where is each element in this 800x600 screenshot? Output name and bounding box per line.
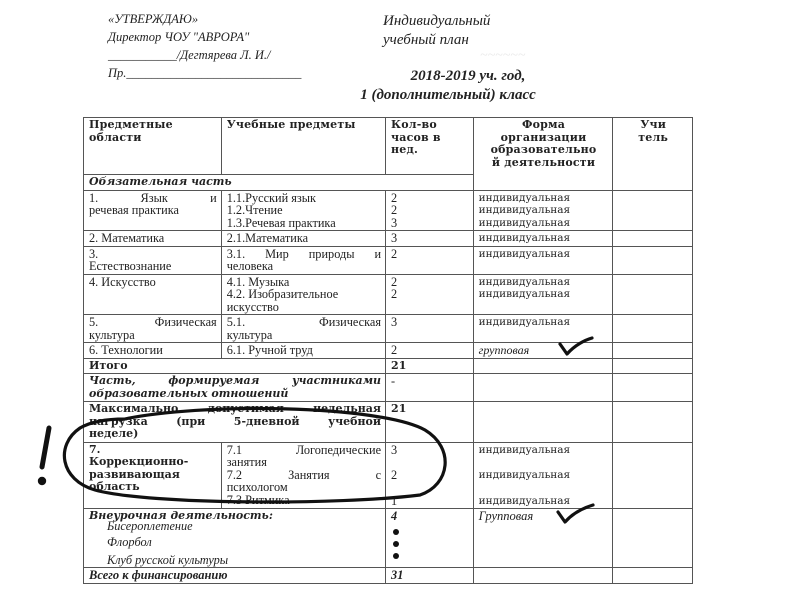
subjects-cell: 1.1.Русский язык 1.2.Чтение 1.3.Речевая … — [221, 190, 385, 231]
bullet-icon — [393, 529, 399, 535]
form-cell: Групповая — [473, 509, 613, 568]
faded-bleed-text: ~~~~~~ — [480, 48, 525, 64]
hours-value: 2 — [391, 276, 469, 289]
area-text: Естествознание — [89, 260, 217, 273]
teacher-cell — [613, 343, 693, 359]
subjects-cell: 6.1. Ручной труд — [221, 343, 385, 359]
teacher-cell — [613, 568, 693, 584]
form-cell — [473, 358, 613, 374]
hours-value: 3 — [391, 444, 469, 457]
form-cell: индивидуальная индивидуальная индивидуал… — [473, 190, 613, 231]
area-cell: 1. Язык и речевая практика — [84, 190, 222, 231]
director-line: Директор ЧОУ "АВРОРА" — [108, 28, 301, 46]
form-cell: индивидуальная — [473, 246, 613, 274]
bullet-icon — [393, 541, 399, 547]
grand-total-row: Всего к финансированию 31 — [84, 568, 693, 584]
header-text: Предметные — [89, 119, 217, 132]
subject-text: 1.2.Чтение — [227, 204, 381, 217]
document-title: Индивидуальный учебный план — [383, 12, 490, 50]
header-text: образовательно — [479, 144, 609, 157]
header-form: Форма организации образовательно й деяте… — [473, 118, 613, 191]
subjects-cell: 2.1.Математика — [221, 231, 385, 247]
hours-cell: 3 — [386, 315, 474, 343]
hours-cell: 2 — [386, 246, 474, 274]
extracurricular-label-cell: Внеурочная деятельность: Бисероплетение … — [84, 509, 386, 568]
subjects-cell: 4.1. Музыка 4.2. Изобразительное искусст… — [221, 274, 385, 315]
hours-cell: 2 2 3 — [386, 190, 474, 231]
header-subjects: Учебные предметы — [221, 118, 385, 175]
max-load-label: Максимально допустимая недельная нагрузк… — [84, 402, 386, 443]
area-cell: 2. Математика — [84, 231, 222, 247]
total-row: Итого 21 — [84, 358, 693, 374]
area-text: область — [89, 481, 217, 494]
area-cell: 7. Коррекционно- развивающая область — [84, 442, 222, 509]
header-hours: Кол-во часов в нед. — [386, 118, 474, 175]
title-line-2: учебный план — [383, 31, 490, 50]
hours-value: 2 — [391, 469, 469, 482]
teacher-cell — [613, 402, 693, 443]
area-text: речевая практика — [89, 204, 217, 217]
teacher-cell — [613, 274, 693, 315]
teacher-cell — [613, 231, 693, 247]
hours-value: 4 — [391, 510, 469, 523]
year-grade-block: 2018-2019 уч. год, 1 (дополнительный) кл… — [368, 67, 568, 105]
total-label: Итого — [84, 358, 386, 374]
teacher-cell — [613, 509, 693, 568]
table-row: 1. Язык и речевая практика 1.1.Русский я… — [84, 190, 693, 231]
hours-cell: 2 — [386, 343, 474, 359]
correctional-row: 7. Коррекционно- развивающая область 7.1… — [84, 442, 693, 509]
school-year: 2018-2019 уч. год, — [368, 67, 568, 86]
subject-text: 4.2. Изобразительное — [227, 288, 381, 301]
participants-part-row: Часть, формируемая участниками образоват… — [84, 374, 693, 402]
extracurricular-item: Клуб русской культуры — [89, 554, 381, 567]
header-text: Кол-во — [391, 119, 469, 132]
area-text: Коррекционно- — [89, 456, 217, 469]
teacher-cell — [613, 315, 693, 343]
header-text: тель — [618, 132, 688, 145]
max-load-row: Максимально допустимая недельная нагрузк… — [84, 402, 693, 443]
form-value: индивидуальная — [479, 444, 609, 457]
subject-text: психологом — [227, 481, 381, 494]
subject-text: искусство — [227, 301, 381, 314]
approval-label: «УТВЕРЖДАЮ» — [108, 10, 301, 28]
teacher-cell — [613, 190, 693, 231]
header-teacher: Учи тель — [613, 118, 693, 191]
subject-text: 7.3 Ритмика — [227, 494, 381, 507]
subject-text: занятия — [227, 456, 381, 469]
form-value: индивидуальная — [479, 469, 609, 482]
form-cell — [473, 402, 613, 443]
bullet-icon — [393, 553, 399, 559]
label-text: образовательных отношений — [89, 388, 381, 401]
hours-value: 1 — [391, 495, 469, 508]
area-cell: 5. Физическая культура — [84, 315, 222, 343]
subject-text: человека — [227, 260, 381, 273]
area-text: культура — [89, 329, 217, 342]
extracurricular-row: Внеурочная деятельность: Бисероплетение … — [84, 509, 693, 568]
teacher-cell — [613, 442, 693, 509]
form-cell — [473, 374, 613, 402]
area-cell: 4. Искусство — [84, 274, 222, 315]
order-line: Пр.____________________________ — [108, 64, 301, 82]
form-cell — [473, 568, 613, 584]
teacher-cell — [613, 374, 693, 402]
label-text: Максимально допустимая недельная — [89, 403, 381, 416]
table-row: 4. Искусство 4.1. Музыка 4.2. Изобразите… — [84, 274, 693, 315]
header-text: области — [89, 132, 217, 145]
form-cell: групповая — [473, 343, 613, 359]
form-cell: индивидуальная — [473, 315, 613, 343]
label-text: Часть, формируемая участниками — [89, 375, 381, 388]
max-load-hours: 21 — [386, 402, 474, 443]
subject-text: культура — [227, 329, 381, 342]
hours-cell: 3 — [386, 231, 474, 247]
total-hours: 21 — [386, 358, 474, 374]
grade-label: 1 (дополнительный) класс — [328, 86, 568, 105]
form-cell: индивидуальная индивидуальная индивидуал… — [473, 442, 613, 509]
hours-value: 2 — [391, 192, 469, 205]
area-cell: 6. Технологии — [84, 343, 222, 359]
hours-value: 3 — [391, 217, 469, 230]
exclamation-icon — [42, 428, 49, 467]
hours-cell: 3 2 1 — [386, 442, 474, 509]
participants-part-label: Часть, формируемая участниками образоват… — [84, 374, 386, 402]
subject-text: 1.3.Речевая практика — [227, 217, 381, 230]
form-cell: индивидуальная — [473, 231, 613, 247]
exclamation-dot-icon — [38, 477, 46, 485]
table-row: 2. Математика 2.1.Математика 3 индивидуа… — [84, 231, 693, 247]
title-line-1: Индивидуальный — [383, 12, 490, 31]
form-value: индивидуальная — [479, 204, 609, 217]
teacher-cell — [613, 358, 693, 374]
area-text: 5. Физическая — [89, 316, 217, 329]
subjects-cell: 3.1. Мир природы и человека — [221, 246, 385, 274]
form-value: индивидуальная — [479, 192, 609, 205]
section-mandatory-label: Обязательная часть — [84, 175, 474, 191]
curriculum-table: Предметные области Учебные предметы Кол-… — [83, 117, 693, 584]
hours-cell: 4 — [386, 509, 474, 568]
participants-part-hours: - — [386, 374, 474, 402]
form-value: индивидуальная — [479, 288, 609, 301]
form-value: индивидуальная — [479, 276, 609, 289]
label-text: неделе) — [89, 428, 381, 441]
signature-line: ___________/Дегтярева Л. И./ — [108, 46, 301, 64]
approval-block: «УТВЕРЖДАЮ» Директор ЧОУ "АВРОРА" ______… — [108, 10, 301, 82]
extracurricular-item: Флорбол — [89, 536, 381, 549]
subjects-cell: 7.1 Логопедические занятия 7.2 Занятия с… — [221, 442, 385, 509]
header-text: й деятельности — [479, 157, 609, 170]
hours-value: 2 — [391, 288, 469, 301]
form-value: индивидуальная — [479, 495, 609, 508]
header-subject-areas: Предметные области — [84, 118, 222, 175]
hours-cell: 2 2 — [386, 274, 474, 315]
hours-value: 2 — [391, 204, 469, 217]
subject-text: 5.1. Физическая — [227, 316, 381, 329]
table-row: 6. Технологии 6.1. Ручной труд 2 группов… — [84, 343, 693, 359]
header-text: Форма — [479, 119, 609, 132]
form-cell: индивидуальная индивидуальная — [473, 274, 613, 315]
table-row: 5. Физическая культура 5.1. Физическая к… — [84, 315, 693, 343]
grand-total-hours: 31 — [386, 568, 474, 584]
header-text: нед. — [391, 144, 469, 157]
header-text: Учи — [618, 119, 688, 132]
area-cell: 3. Естествознание — [84, 246, 222, 274]
subjects-cell: 5.1. Физическая культура — [221, 315, 385, 343]
table-header-row: Предметные области Учебные предметы Кол-… — [84, 118, 693, 175]
table-row: 3. Естествознание 3.1. Мир природы и чел… — [84, 246, 693, 274]
form-value: индивидуальная — [479, 217, 609, 230]
teacher-cell — [613, 246, 693, 274]
grand-total-label: Всего к финансированию — [84, 568, 386, 584]
